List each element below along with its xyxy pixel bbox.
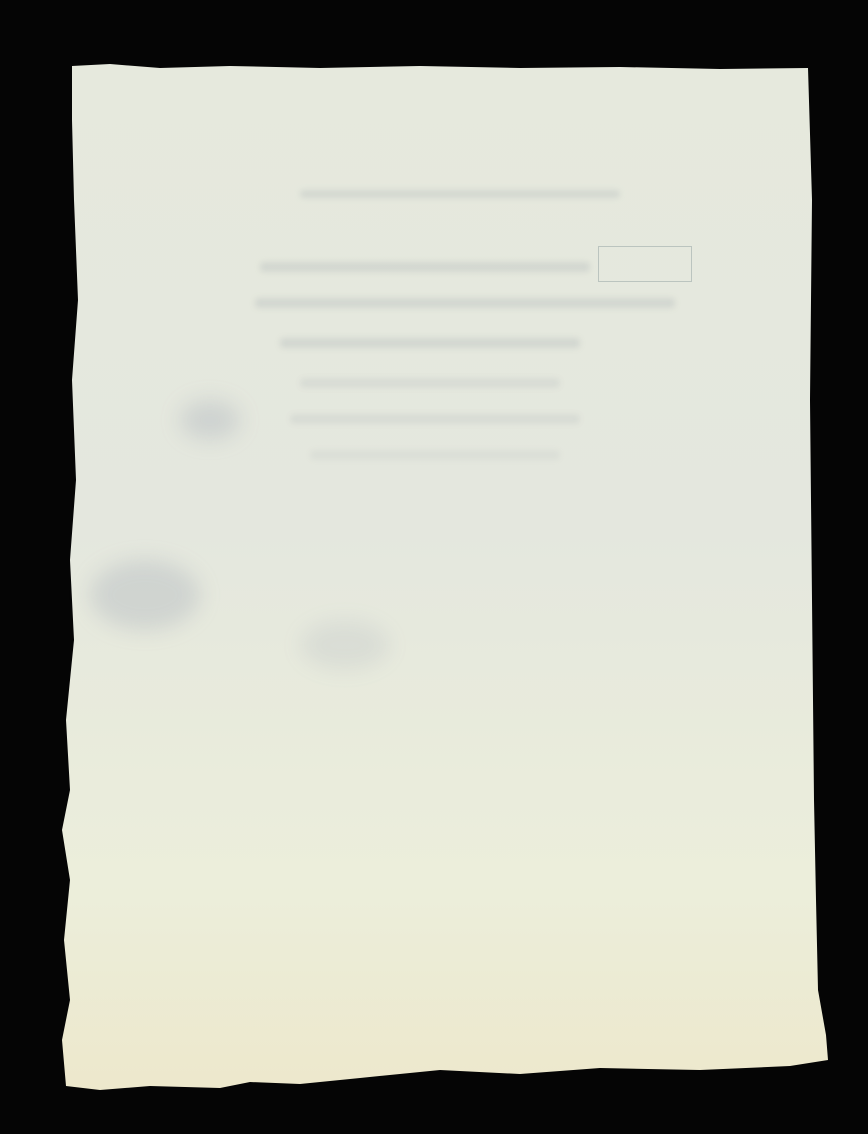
- show-through-line: [290, 414, 580, 424]
- show-through-line: [310, 450, 560, 460]
- show-through-line: [300, 378, 560, 388]
- show-through-line: [255, 298, 675, 308]
- show-through-line: [280, 338, 580, 348]
- show-through-box-mark: [598, 246, 692, 282]
- paper-sheet: [0, 0, 868, 1134]
- stain: [180, 400, 240, 440]
- show-through-line: [300, 190, 620, 198]
- stain: [300, 620, 390, 670]
- stain: [90, 560, 200, 630]
- show-through-line: [260, 262, 590, 272]
